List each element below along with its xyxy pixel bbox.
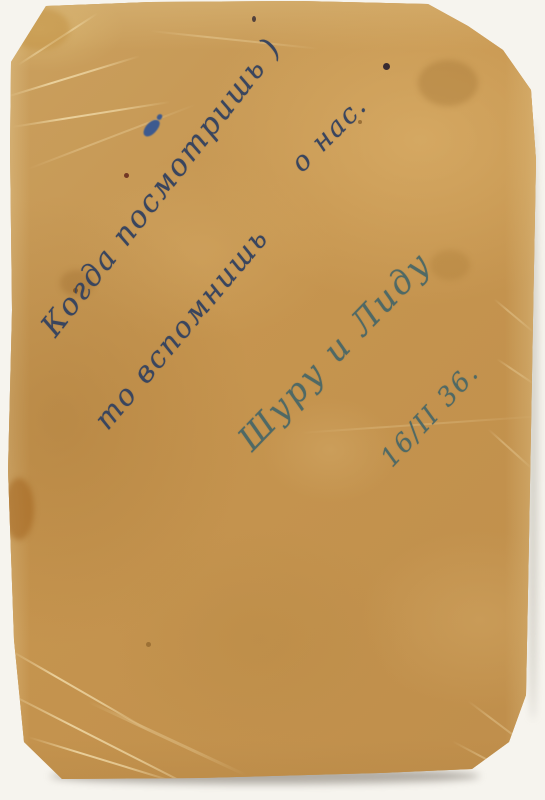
speck [124, 173, 129, 178]
handwriting-line-3: о нас. [285, 90, 374, 179]
stain [10, 8, 70, 50]
crease [493, 298, 534, 333]
handwriting-line-date: 16/II 36. [375, 358, 486, 474]
ink-blot [156, 113, 163, 120]
stain [430, 250, 470, 280]
stain [4, 478, 34, 540]
aged-paper: Когда посмотришь ) то вспомнишь о нас. Ш… [0, 0, 545, 800]
handwriting-line-1: Когда посмотришь ) [34, 31, 289, 343]
scanned-photo-verso: Когда посмотришь ) то вспомнишь о нас. Ш… [0, 0, 545, 800]
speck [146, 642, 151, 647]
speck [252, 16, 256, 22]
crease [87, 700, 247, 777]
stain [418, 60, 478, 106]
crease [487, 428, 533, 470]
speck [383, 63, 390, 70]
crease [150, 30, 319, 50]
crease [6, 55, 140, 98]
crease [496, 358, 535, 385]
crease [467, 700, 534, 751]
